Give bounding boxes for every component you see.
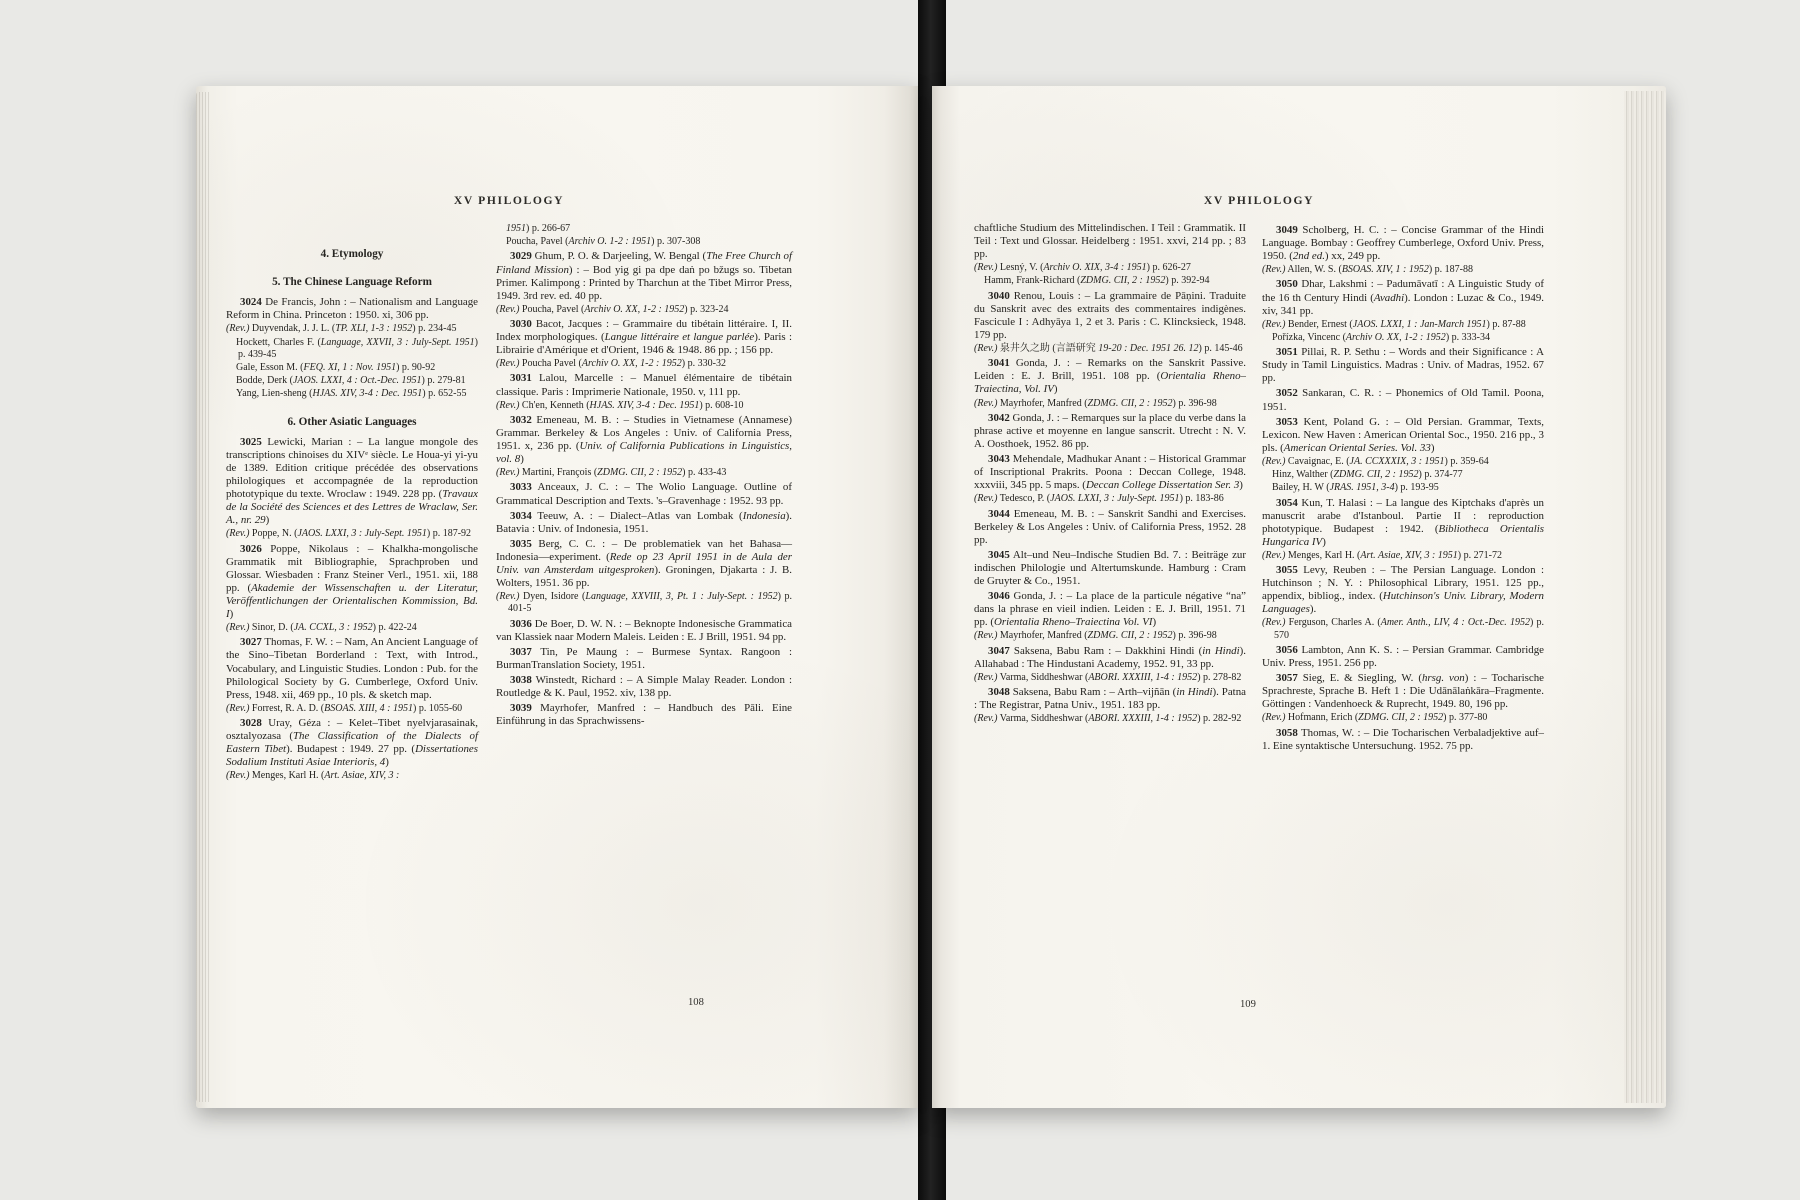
- page-edge-left: [196, 92, 211, 1102]
- book-scan: XV PHILOLOGY 4. Etymology5. The Chinese …: [0, 0, 1800, 1200]
- bibliography-entry: 3056 Lambton, Ann K. S. : – Persian Gram…: [1262, 644, 1544, 670]
- bibliography-entry: 3041 Gonda, J. : – Remarks on the Sanskr…: [974, 357, 1246, 396]
- bibliography-entry: 3033 Anceaux, J. C. : – The Wolio Langua…: [496, 481, 792, 507]
- section-heading: 6. Other Asiatic Languages: [232, 416, 472, 429]
- bibliography-entry: 3052 Sankaran, C. R. : – Phonemics of Ol…: [1262, 387, 1544, 413]
- bibliography-entry: 3032 Emeneau, M. B. : – Studies in Vietn…: [496, 414, 792, 466]
- page-number-left: 108: [688, 997, 704, 1008]
- section-heading: 5. The Chinese Language Reform: [232, 276, 472, 289]
- bibliography-entry: 3051 Pillai, R. P. Sethu : – Words and t…: [1262, 346, 1544, 385]
- bibliography-entry: 3039 Mayrhofer, Manfred : – Handbuch des…: [496, 702, 792, 728]
- bibliography-entry: 3045 Alt–und Neu–Indische Studien Bd. 7.…: [974, 549, 1246, 588]
- bibliography-entry: 3035 Berg, C. C. : – De problematiek van…: [496, 538, 792, 590]
- review-line: (Rev.) Bender, Ernest (JAOS. LXXI, 1 : J…: [1262, 319, 1544, 331]
- review-line: (Rev.) Menges, Karl H. (Art. Asiae, XIV,…: [226, 770, 478, 782]
- review-line: (Rev.) Poucha, Pavel (Archiv O. XX, 1-2 …: [496, 304, 792, 316]
- review-line: Hamm, Frank-Richard (ZDMG. CII, 2 : 1952…: [974, 275, 1246, 287]
- bibliography-entry: 3025 Lewicki, Marian : – La langue mongo…: [226, 436, 478, 528]
- bibliography-entry: 3053 Kent, Poland G. : – Old Persian. Gr…: [1262, 416, 1544, 455]
- running-head-left: XV PHILOLOGY: [226, 194, 792, 207]
- review-line: Hinz, Walther (ZDMG. CII, 2 : 1952) p. 3…: [1262, 469, 1544, 481]
- bibliography-entry: 3058 Thomas, W. : – Die Tocharischen Ver…: [1262, 727, 1544, 753]
- review-line: (Rev.) Mayrhofer, Manfred (ZDMG. CII, 2 …: [974, 398, 1246, 410]
- bibliography-entry: 3057 Sieg, E. & Siegling, W. (hrsg. von)…: [1262, 672, 1544, 711]
- bibliography-entry: 3036 De Boer, D. W. N. : – Beknopte Indo…: [496, 618, 792, 644]
- bibliography-entry: 3029 Ghum, P. O. & Darjeeling, W. Bengal…: [496, 250, 792, 302]
- column-2: 1951) p. 266-67Poucha, Pavel (Archiv O. …: [496, 222, 792, 783]
- review-line: Bailey, H. W (JRAS. 1951, 3-4) p. 193-95: [1262, 482, 1544, 494]
- review-line: 1951) p. 266-67: [496, 223, 792, 235]
- bibliography-entry: 3038 Winstedt, Richard : – A Simple Mala…: [496, 674, 792, 700]
- bibliography-entry: 3028 Uray, Géza : – Kelet–Tibet nyelvjar…: [226, 717, 478, 769]
- section-heading: 4. Etymology: [232, 248, 472, 261]
- text-columns-left: 4. Etymology5. The Chinese Language Refo…: [226, 222, 792, 783]
- open-book: XV PHILOLOGY 4. Etymology5. The Chinese …: [196, 86, 1666, 1108]
- review-line: (Rev.) Ch'en, Kenneth (HJAS. XIV, 3-4 : …: [496, 400, 792, 412]
- review-line: (Rev.) Cavaignac, E. (JA. CCXXXIX, 3 : 1…: [1262, 456, 1544, 468]
- column-1: chaftliche Studium des Mittelindischen. …: [974, 222, 1246, 753]
- bibliography-entry: 3049 Scholberg, H. C. : – Concise Gramma…: [1262, 224, 1544, 263]
- review-line: (Rev.) Sinor, D. (JA. CCXL, 3 : 1952) p.…: [226, 622, 478, 634]
- text-columns-right: chaftliche Studium des Mittelindischen. …: [974, 222, 1544, 753]
- page-left: XV PHILOLOGY 4. Etymology5. The Chinese …: [196, 86, 918, 1108]
- review-line: Bodde, Derk (JAOS. LXXI, 4 : Oct.-Dec. 1…: [226, 375, 478, 387]
- review-line: (Rev.) 泉井久之助 (言語研究 19-20 : Dec. 1951 26.…: [974, 343, 1246, 355]
- page-number-right: 109: [1240, 999, 1256, 1010]
- page-edges-stack: [1624, 91, 1666, 1103]
- entry-continuation: chaftliche Studium des Mittelindischen. …: [974, 222, 1246, 261]
- review-line: (Rev.) Varma, Siddheshwar (ABORI. XXXIII…: [974, 672, 1246, 684]
- review-line: Yang, Lien-sheng (HJAS. XIV, 3-4 : Dec. …: [226, 388, 478, 400]
- review-line: Pořízka, Vincenc (Archiv O. XX, 1-2 : 19…: [1262, 332, 1544, 344]
- bibliography-entry: 3050 Dhar, Lakshmi : – Padumāvatī : A Li…: [1262, 278, 1544, 317]
- bibliography-entry: 3031 Lalou, Marcelle : – Manuel élémenta…: [496, 372, 792, 398]
- review-line: (Rev.) Lesný, V. (Archiv O. XIX, 3-4 : 1…: [974, 262, 1246, 274]
- bibliography-entry: 3024 De Francis, John : – Nationalism an…: [226, 296, 478, 322]
- review-line: (Rev.) Varma, Siddheshwar (ABORI. XXXIII…: [974, 713, 1246, 725]
- bibliography-entry: 3047 Saksena, Babu Ram : – Dakkhini Hind…: [974, 645, 1246, 671]
- bibliography-entry: 3037 Tin, Pe Maung : – Burmese Syntax. R…: [496, 646, 792, 672]
- bibliography-entry: 3026 Poppe, Nikolaus : – Khalkha-mongoli…: [226, 543, 478, 622]
- bibliography-entry: 3034 Teeuw, A. : – Dialect–Atlas van Lom…: [496, 510, 792, 536]
- review-line: Hockett, Charles F. (Language, XXVII, 3 …: [226, 337, 478, 361]
- review-line: (Rev.) Duyvendak, J. J. L. (TP. XLI, 1-3…: [226, 323, 478, 335]
- review-line: (Rev.) Poucha Pavel (Archiv O. XX, 1-2 :…: [496, 358, 792, 370]
- bibliography-entry: 3044 Emeneau, M. B. : – Sanskrit Sandhi …: [974, 508, 1246, 547]
- review-line: (Rev.) Mayrhofer, Manfred (ZDMG. CII, 2 …: [974, 630, 1246, 642]
- review-line: Poucha, Pavel (Archiv O. 1-2 : 1951) p. …: [496, 236, 792, 248]
- column-2: 3049 Scholberg, H. C. : – Concise Gramma…: [1262, 222, 1544, 753]
- review-line: (Rev.) Martini, François (ZDMG. CII, 2 :…: [496, 467, 792, 479]
- bibliography-entry: 3040 Renou, Louis : – La grammaire de Pā…: [974, 290, 1246, 342]
- review-line: (Rev.) Forrest, R. A. D. (BSOAS. XIII, 4…: [226, 703, 478, 715]
- bibliography-entry: 3054 Kun, T. Halasi : – La langue des Ki…: [1262, 497, 1544, 549]
- review-line: (Rev.) Tedesco, P. (JAOS. LXXI, 3 : July…: [974, 493, 1246, 505]
- column-1: 4. Etymology5. The Chinese Language Refo…: [226, 222, 478, 783]
- bibliography-entry: 3027 Thomas, F. W. : – Nam, An Ancient L…: [226, 636, 478, 701]
- bibliography-entry: 3043 Mehendale, Madhukar Anant : – Histo…: [974, 453, 1246, 492]
- review-line: (Rev.) Dyen, Isidore (Language, XXVIII, …: [496, 591, 792, 615]
- review-line: (Rev.) Hofmann, Erich (ZDMG. CII, 2 : 19…: [1262, 712, 1544, 724]
- page-right: XV PHILOLOGY chaftliche Studium des Mitt…: [932, 86, 1666, 1108]
- review-line: (Rev.) Ferguson, Charles A. (Amer. Anth.…: [1262, 617, 1544, 641]
- bibliography-entry: 3046 Gonda, J. : – La place de la partic…: [974, 590, 1246, 629]
- running-head-right: XV PHILOLOGY: [974, 194, 1544, 207]
- review-line: Gale, Esson M. (FEQ. XI, 1 : Nov. 1951) …: [226, 362, 478, 374]
- bibliography-entry: 3048 Saksena, Babu Ram : – Arth–vijñān (…: [974, 686, 1246, 712]
- bibliography-entry: 3055 Levy, Reuben : – The Persian Langua…: [1262, 564, 1544, 616]
- bibliography-entry: 3030 Bacot, Jacques : – Grammaire du tib…: [496, 318, 792, 357]
- bibliography-entry: 3042 Gonda, J. : – Remarques sur la plac…: [974, 412, 1246, 451]
- review-line: (Rev.) Allen, W. S. (BSOAS. XIV, 1 : 195…: [1262, 264, 1544, 276]
- review-line: (Rev.) Menges, Karl H. (Art. Asiae, XIV,…: [1262, 550, 1544, 562]
- review-line: (Rev.) Poppe, N. (JAOS. LXXI, 3 : July-S…: [226, 528, 478, 540]
